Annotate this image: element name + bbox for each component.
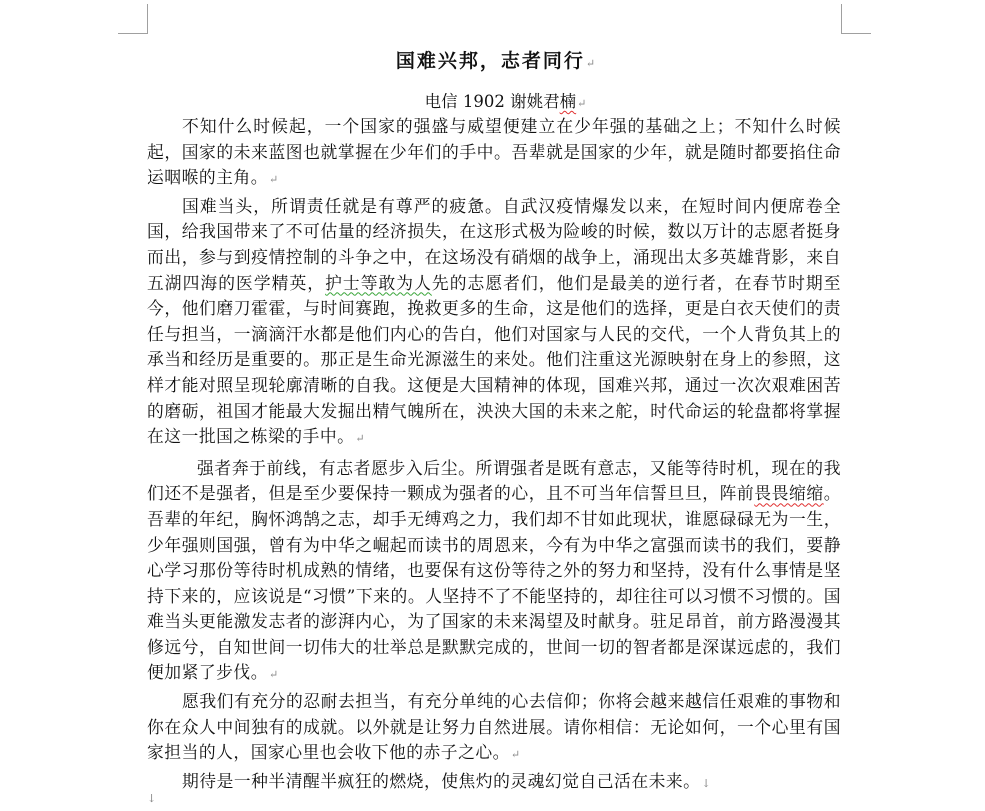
title-text: 国难兴邦，志者同行 bbox=[396, 50, 585, 72]
paragraph-1[interactable]: 不知什么时候起，一个国家的强盛与威望便建立在少年强的基础之上；不知什么时候起，国… bbox=[147, 114, 841, 193]
paragraph-2-text-b: 先的志愿者们，他们是最美的逆行者，在春节时期至今，他们磨刀霍霍，与时间赛跑，挽救… bbox=[147, 273, 841, 447]
paragraph-mark-icon: ↵ bbox=[355, 432, 365, 445]
line-break-mark-icon: ↓ bbox=[701, 777, 711, 790]
paragraph-4-text: 愿我们有充分的忍耐去担当，有充分单纯的心去信仰；你将会越来越信任艰难的事物和你在… bbox=[147, 691, 841, 762]
paragraph-5[interactable]: 期待是一种半清醒半疯狂的燃烧，使焦灼的灵魂幻觉自己活在未来。↓ bbox=[147, 769, 841, 797]
paragraph-3-text-b: 。吾辈的年纪，胸怀鸿鹄之志，却手无缚鸡之力，我们却不甘如此现状，谁愿碌碌无为一生… bbox=[147, 483, 841, 682]
document-body[interactable]: 不知什么时候起，一个国家的强盛与威望便建立在少年强的基础之上；不知什么时候起，国… bbox=[147, 114, 841, 796]
spelling-flagged-word[interactable]: 楠 bbox=[560, 92, 577, 111]
paragraph-3-text-a: 强者奔于前线，有志者愿步入后尘。所谓强者是既有意志，又能等待时机，现在的我们还不… bbox=[147, 458, 841, 504]
page-corner-mark-top-left bbox=[118, 4, 148, 34]
document-title[interactable]: 国难兴邦，志者同行↵ bbox=[0, 46, 985, 73]
byline-author: 谢姚君 bbox=[510, 92, 560, 111]
grammar-flagged-phrase[interactable]: 护士等敢为人 bbox=[325, 273, 432, 293]
paragraph-mark-icon: ↵ bbox=[577, 97, 586, 110]
paragraph-mark-icon: ↵ bbox=[269, 668, 279, 681]
paragraph-4[interactable]: 愿我们有充分的忍耐去担当，有充分单纯的心去信仰；你将会越来越信任艰难的事物和你在… bbox=[147, 689, 841, 768]
page-corner-mark-top-right bbox=[841, 4, 871, 34]
paragraph-1-text: 不知什么时候起，一个国家的强盛与威望便建立在少年强的基础之上；不知什么时候起，国… bbox=[147, 116, 841, 187]
paragraph-mark-icon: ↵ bbox=[511, 748, 521, 761]
paragraph-2[interactable]: 国难当头，所谓责任就是有尊严的疲惫。自武汉疫情爆发以来，在短时间内便席卷全国，给… bbox=[147, 194, 841, 452]
paragraph-mark-icon: ↵ bbox=[586, 57, 597, 70]
line-break-mark-icon: ↓ bbox=[147, 792, 156, 805]
spelling-flagged-phrase[interactable]: 畏畏缩缩 bbox=[754, 483, 823, 503]
paragraph-3[interactable]: 强者奔于前线，有志者愿步入后尘。所谓强者是既有意志，又能等待时机，现在的我们还不… bbox=[147, 456, 841, 688]
byline-class: 电信 1902 bbox=[425, 92, 510, 111]
paragraph-5-text: 期待是一种半清醒半疯狂的燃烧，使焦灼的灵魂幻觉自己活在未来。 bbox=[182, 771, 700, 791]
document-byline[interactable]: 电信 1902 谢姚君楠↵ bbox=[0, 88, 985, 112]
paragraph-mark-icon: ↵ bbox=[269, 173, 279, 186]
